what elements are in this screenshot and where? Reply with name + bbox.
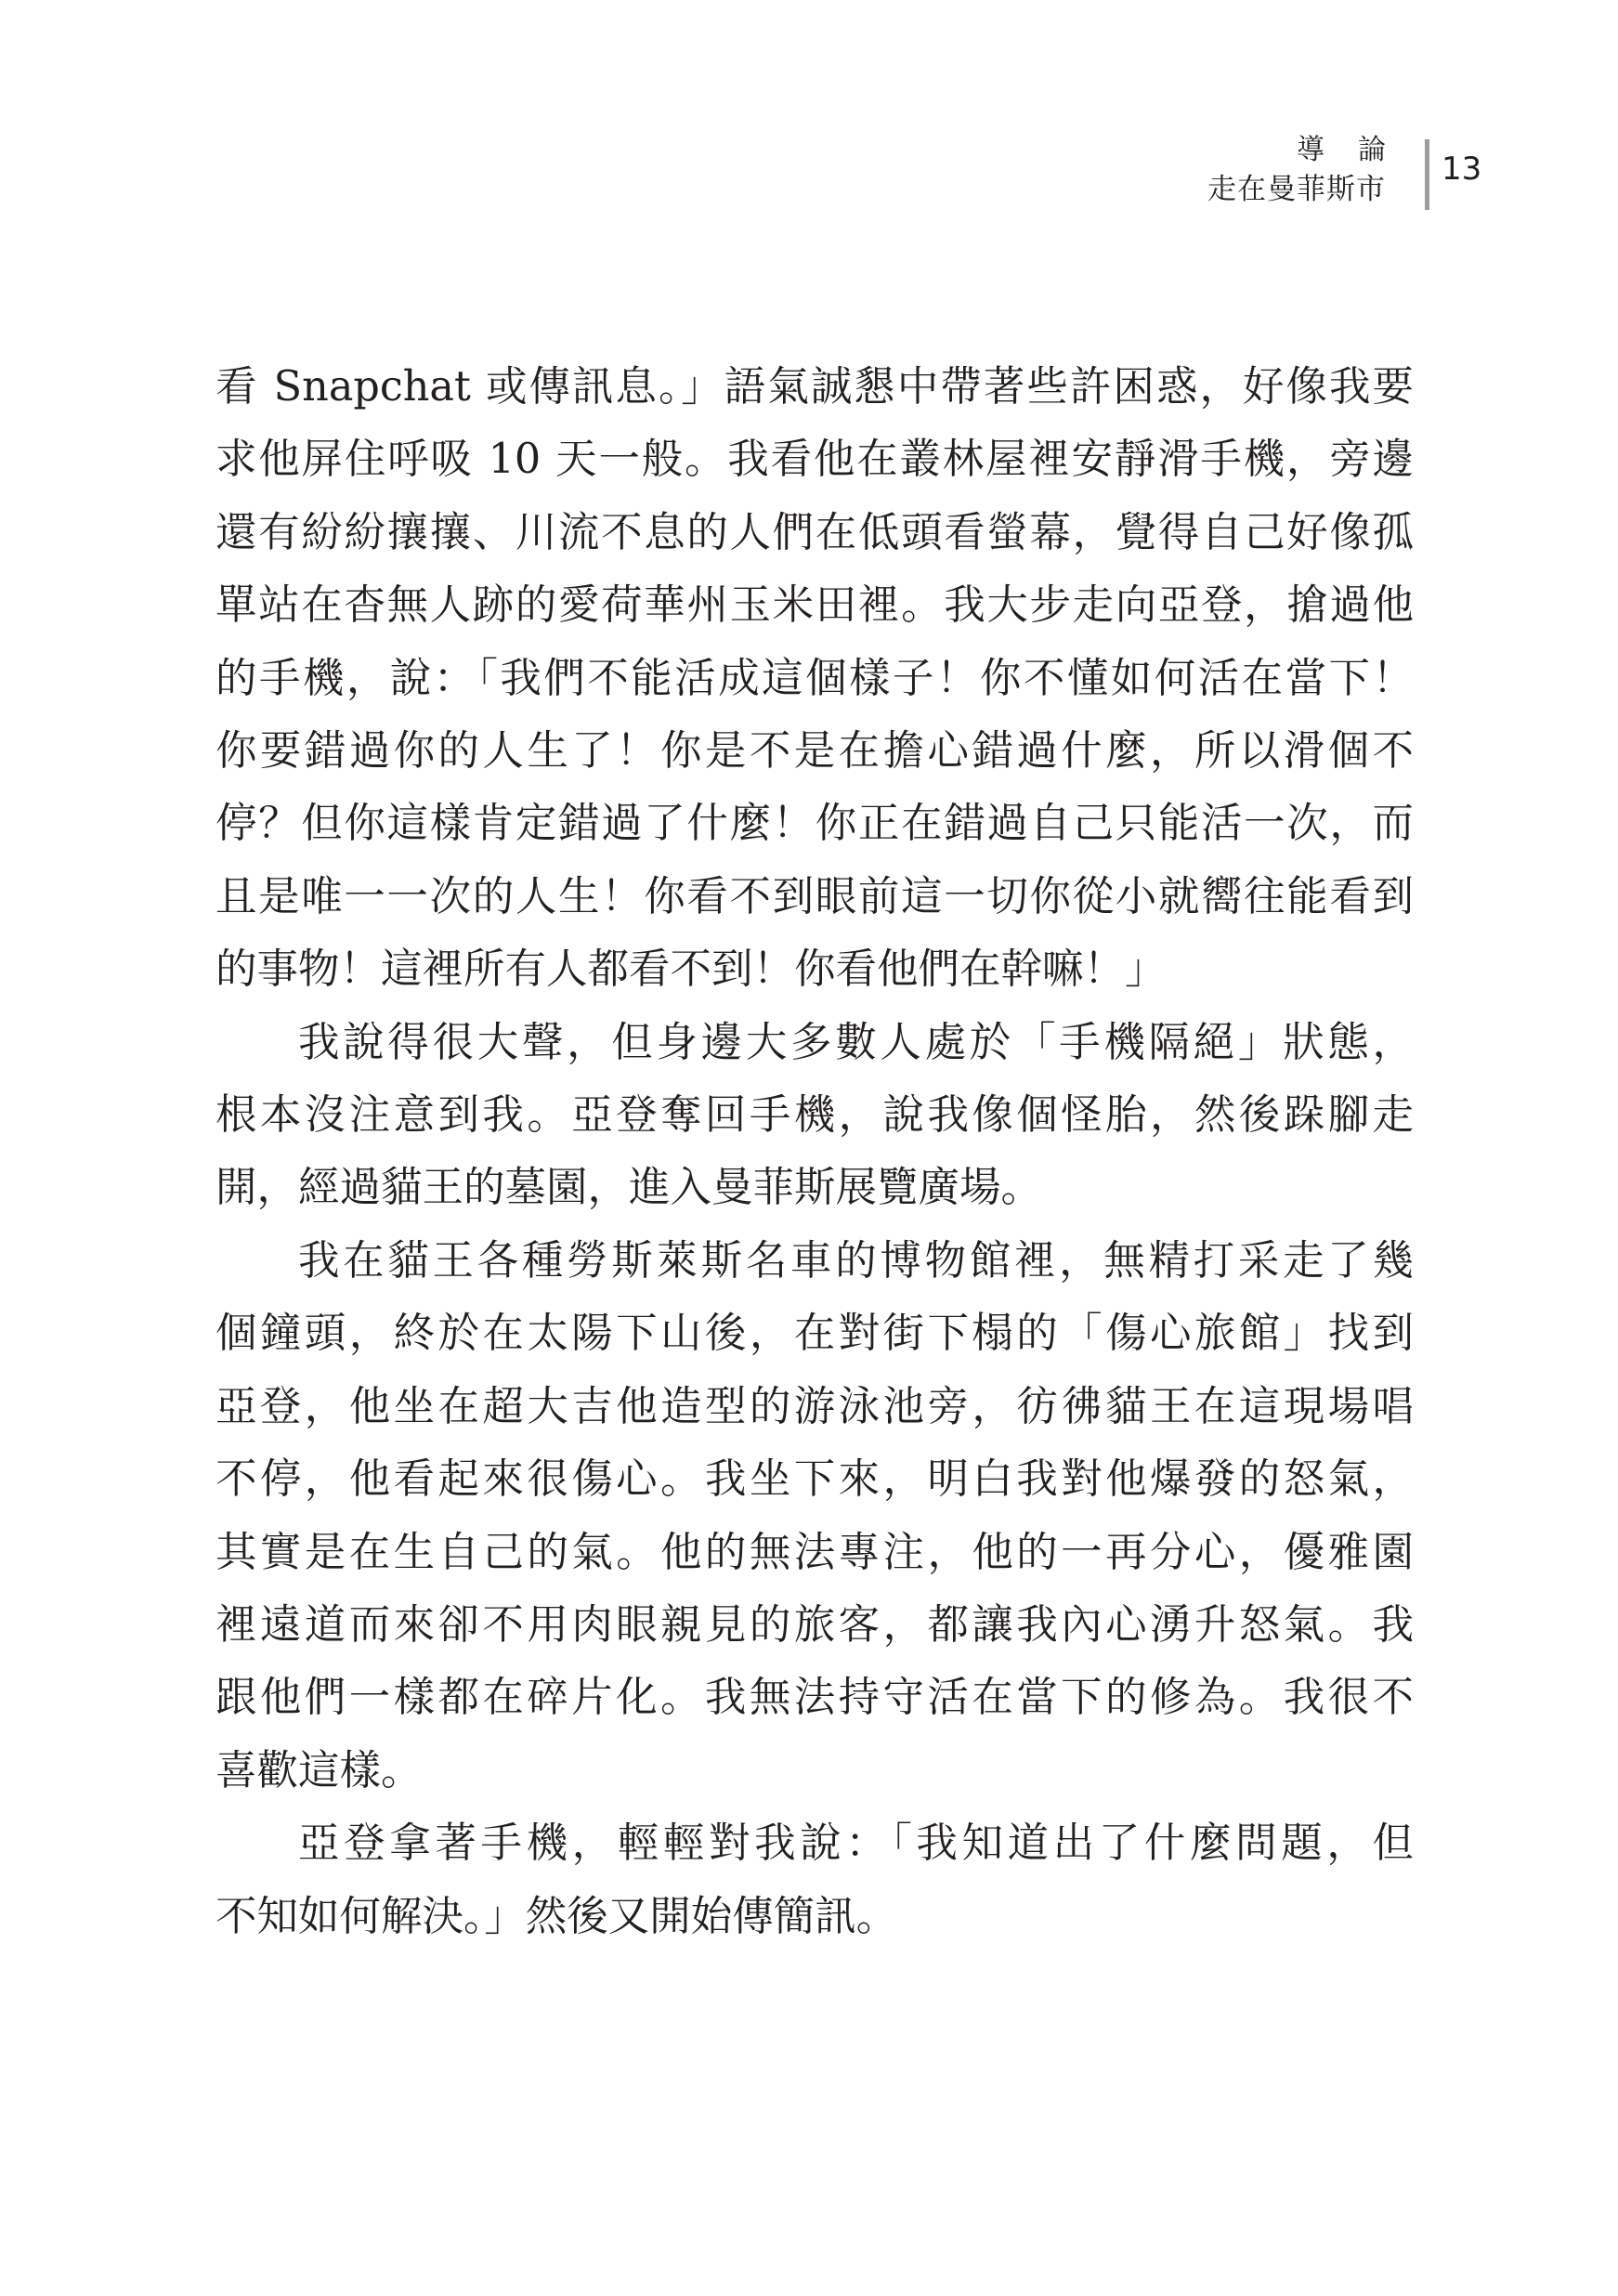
running-head: 導論 走在曼菲斯市 13 <box>0 132 1618 225</box>
paragraph-4: 亞登拿著手機，輕輕對我說：「我知道出了什麼問題，但 不知如何解決。」然後又開始傳… <box>215 1807 1414 1953</box>
chapter-label: 導論 <box>1207 132 1419 169</box>
paragraph-3: 我在貓王各種勞斯萊斯名車的博物館裡，無精打采走了幾 個鐘頭，終於在太陽下山後，在… <box>215 1225 1414 1807</box>
page-number: 13 <box>1442 150 1481 188</box>
text-line: 你要錯過你的人生了！你是不是在擔心錯過什麼，所以滑個不 <box>215 715 1414 788</box>
text-line: 亞登拿著手機，輕輕對我說：「我知道出了什麼問題，但 <box>215 1807 1414 1880</box>
text-line: 裡遠道而來卻不用肉眼親見的旅客，都讓我內心湧升怒氣。我 <box>215 1589 1414 1662</box>
text-line: 個鐘頭，終於在太陽下山後，在對街下榻的「傷心旅館」找到 <box>215 1298 1414 1370</box>
text-line: 的事物！這裡所有人都看不到！你看他們在幹嘛！」 <box>215 933 1414 1006</box>
text-line: 且是唯一一次的人生！你看不到眼前這一切你從小就嚮往能看到 <box>215 861 1414 933</box>
text-line: 不停，他看起來很傷心。我坐下來，明白我對他爆發的怒氣， <box>215 1443 1414 1516</box>
running-head-text: 導論 走在曼菲斯市 <box>1207 132 1386 210</box>
text-line: 我說得很大聲，但身邊大多數人處於「手機隔絕」狀態， <box>215 1007 1414 1079</box>
text-line: 其實是在生自己的氣。他的無法專注，他的一再分心，優雅園 <box>215 1517 1414 1589</box>
text-line: 單站在杳無人跡的愛荷華州玉米田裡。我大步走向亞登，搶過他 <box>215 569 1414 642</box>
text-line: 跟他們一樣都在碎片化。我無法持守活在當下的修為。我很不 <box>215 1662 1414 1734</box>
text-line: 亞登，他坐在超大吉他造型的游泳池旁，彷彿貓王在這現場唱 <box>215 1371 1414 1443</box>
chapter-title: 走在曼菲斯市 <box>1207 169 1386 210</box>
text-line: 不知如何解決。」然後又開始傳簡訊。 <box>215 1881 1414 1953</box>
paragraph-1: 看 Snapchat 或傳訊息。」語氣誠懇中帶著些許困惑，好像我要 求他屏住呼吸… <box>215 351 1414 1007</box>
text-line: 的手機，說：「我們不能活成這個樣子！你不懂如何活在當下！ <box>215 643 1414 715</box>
text-line: 開，經過貓王的墓園，進入曼菲斯展覽廣場。 <box>215 1152 1414 1224</box>
text-line: 求他屏住呼吸 10 天一般。我看他在叢林屋裡安靜滑手機，旁邊 <box>215 424 1414 496</box>
text-line: 我在貓王各種勞斯萊斯名車的博物館裡，無精打采走了幾 <box>215 1225 1414 1298</box>
text-line: 喜歡這樣。 <box>215 1735 1414 1807</box>
text-line: 根本沒注意到我。亞登奪回手機，說我像個怪胎，然後跺腳走 <box>215 1079 1414 1152</box>
running-head-divider <box>1425 139 1429 210</box>
text-line: 停？但你這樣肯定錯過了什麼！你正在錯過自己只能活一次，而 <box>215 788 1414 860</box>
paragraph-2: 我說得很大聲，但身邊大多數人處於「手機隔絕」狀態， 根本沒注意到我。亞登奪回手機… <box>215 1007 1414 1225</box>
text-line: 看 Snapchat 或傳訊息。」語氣誠懇中帶著些許困惑，好像我要 <box>215 351 1414 424</box>
text-line: 還有紛紛攘攘、川流不息的人們在低頭看螢幕，覺得自己好像孤 <box>215 497 1414 569</box>
body-text: 看 Snapchat 或傳訊息。」語氣誠懇中帶著些許困惑，好像我要 求他屏住呼吸… <box>215 351 1414 1953</box>
